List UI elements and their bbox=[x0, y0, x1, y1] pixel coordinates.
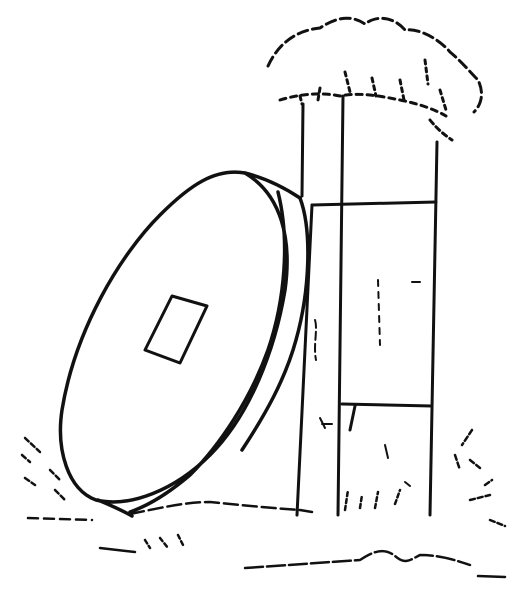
post bbox=[297, 96, 437, 515]
millstone-post-drawing bbox=[0, 0, 530, 594]
illustration bbox=[0, 0, 530, 594]
straw-top bbox=[268, 18, 481, 140]
millstone bbox=[60, 172, 307, 516]
